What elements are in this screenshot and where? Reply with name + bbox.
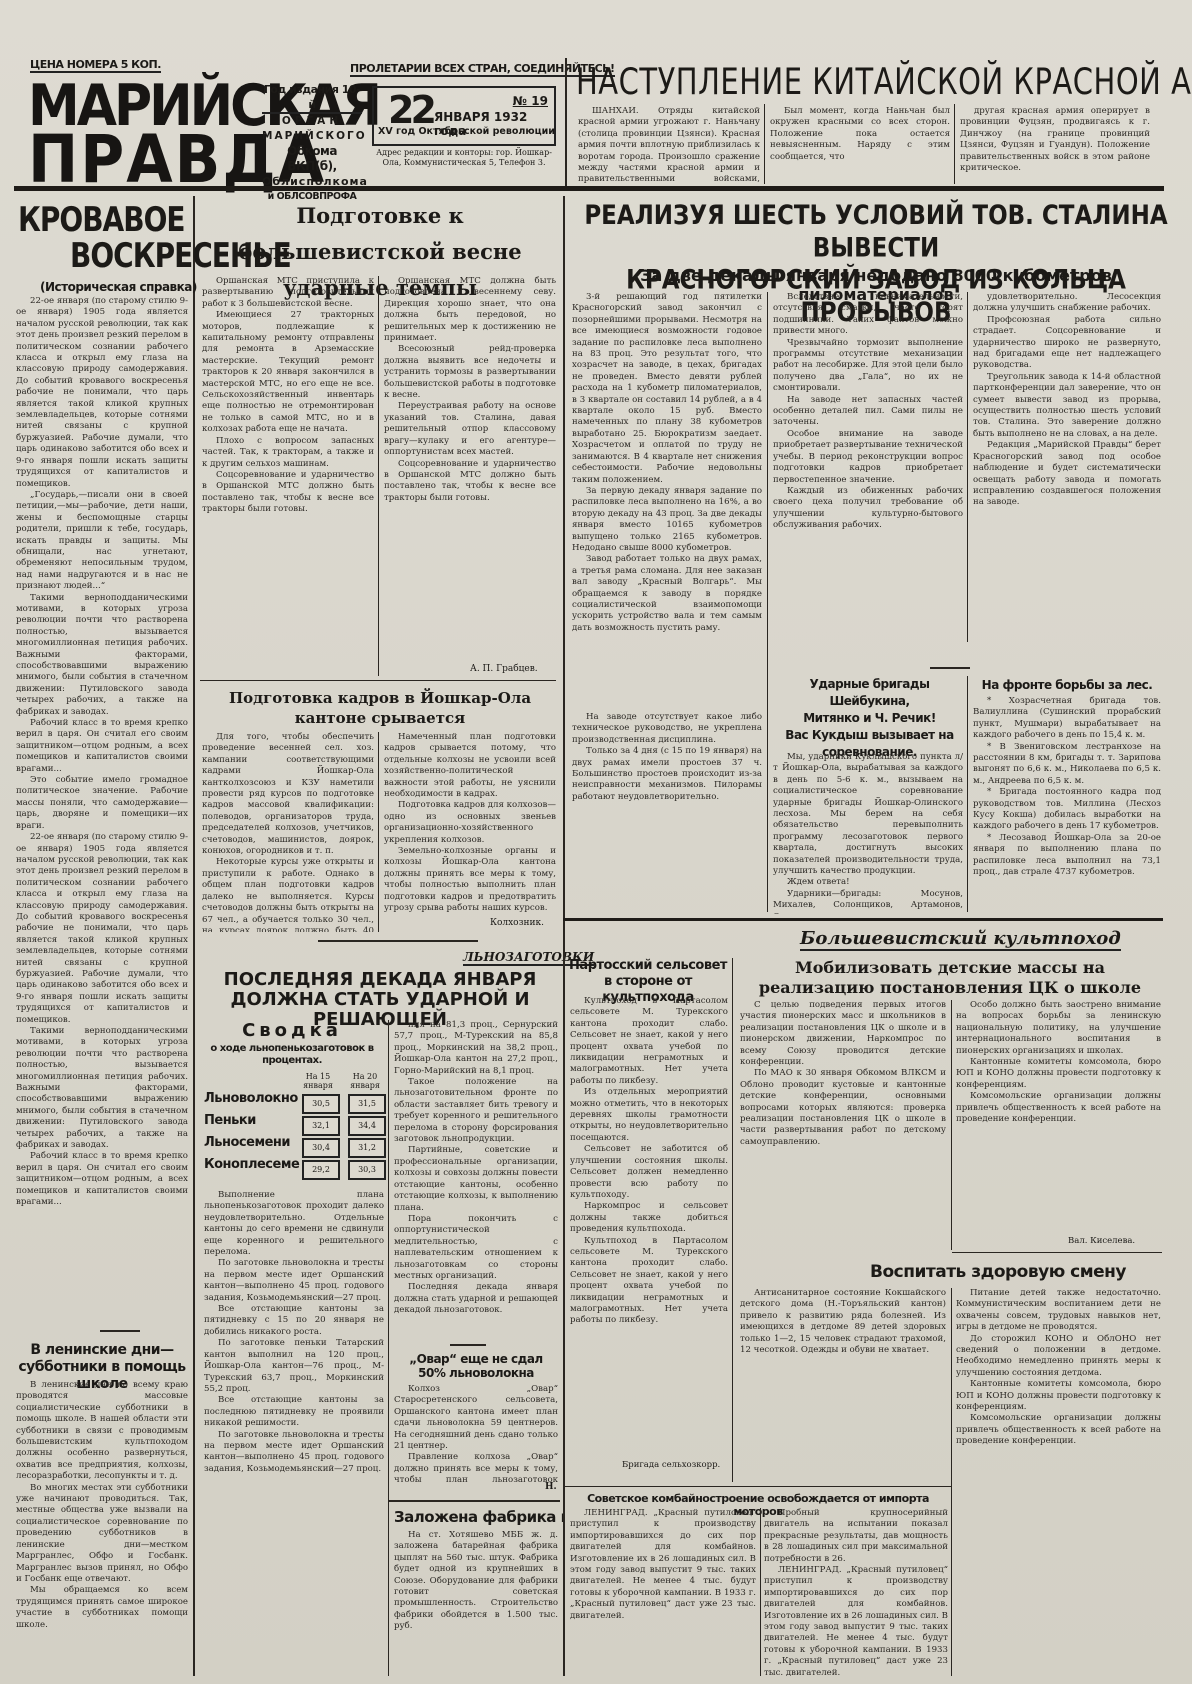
separator (200, 680, 556, 681)
china-column-1: ШАНХАЙ. Отряды китайской красной армии у… (578, 106, 760, 184)
svodka-row-label: Льносемени (204, 1136, 300, 1150)
organ-line: МАРИЙСКОГО (262, 129, 362, 144)
cadres-headline: Подготовка кадров в Йошкар-Ола кантоне с… (200, 688, 560, 728)
brigades-text: Мы, ударники Куклышского пункта л/т Йошк… (773, 752, 963, 914)
svodka-value-v20: 34,4 (348, 1116, 386, 1136)
publication-year: Год издания 10-й (262, 82, 362, 114)
issue-number: № 19 (513, 94, 548, 108)
svodka-row-label: Льноволокно и тресты (204, 1092, 300, 1106)
svodka-value-v15: 30,4 (302, 1138, 340, 1158)
editorial-address: Адрес редакции и конторы: гор. Йошкар-Ол… (376, 148, 552, 168)
organ-line: Обкома ВКП(б), (262, 144, 362, 174)
culture-rubric: Большевистский культпоход (800, 928, 1121, 951)
krasnogorsk-col-1: 3-й решающий год пятилетки Красногорский… (572, 292, 762, 712)
date-box: 22 № 19 ЯНВАРЯ 1932 года XV год Октябрьс… (372, 86, 556, 146)
cadres-signature: Колхозник. (490, 918, 544, 928)
svodka-value-v20: 31,5 (348, 1094, 386, 1114)
divider (378, 276, 379, 676)
svodka-value-v15: 30,5 (302, 1094, 340, 1114)
ovar-signature: Н. (545, 1482, 557, 1492)
bloody-sunday-headline-1: КРОВАВОЕ (18, 200, 185, 240)
svodka-col-header-15: На 15 января (298, 1072, 338, 1090)
mobilize-text-col-2: Особо должно быть заострено внимание на … (956, 1000, 1161, 1230)
leningrad-text-col-2: Пробный крупносерийный двигатель на испы… (764, 1508, 948, 1676)
revolution-year: XV год Октябрьской революции (378, 126, 555, 137)
svodka-value-v15: 32,1 (302, 1116, 340, 1136)
divider (767, 292, 768, 912)
partos-text: Культпоход в Партасолом сельсовете М. Ту… (570, 996, 728, 1456)
brigades-headline-1: Ударные бригады Шейбукина, (772, 676, 967, 710)
brigades-headline: Ударные бригады Шейбукина, Митянко и Ч. … (772, 676, 967, 761)
svodka-value-v20: 31,2 (348, 1138, 386, 1158)
newspaper-logo: МАРИЙСКАЯ ПРАВДА (28, 82, 253, 190)
brigades-headline-2: Митянко и Ч. Речик! (772, 710, 967, 727)
divider (764, 104, 765, 184)
separator (563, 1486, 951, 1487)
bloody-sunday-subhead: (Историческая справка) (40, 280, 197, 294)
separator (930, 667, 970, 669)
divider (760, 1508, 761, 1676)
cadres-text-col-1: Для того, чтобы обеспечить проведение ве… (202, 732, 374, 932)
separator (100, 1330, 140, 1332)
separator (952, 1252, 1162, 1253)
china-column-2: Был момент, когда Наньчан был окружен кр… (770, 106, 950, 184)
svodka-subtitle: о ходе льнопенькозаготовок в процентах. (204, 1043, 380, 1067)
subbotniki-text: В ленинские дни по всему краю проводятся… (16, 1380, 188, 1676)
separator (450, 1344, 486, 1346)
separator (388, 1500, 560, 1502)
krasnogorsk-col-2: Вследствие невнимательности, отсутствия … (773, 292, 963, 642)
krasnogorsk-col-3: удовлетворительно. Лесосекция должна улу… (973, 292, 1161, 648)
divider (951, 1288, 952, 1676)
cadres-text-col-2: Намеченный план подготовки кадров срывае… (384, 732, 556, 912)
krasnogorsk-headline-line-1: РЕАЛИЗУЯ ШЕСТЬ УСЛОВИЙ ТОВ. СТАЛИНА ВЫВЕ… (570, 200, 1182, 264)
china-column-3: другая красная армия оперирует в провинц… (960, 106, 1150, 184)
krasnogorsk-col-1-cont: На заводе отсутствует какое либо техниче… (572, 712, 762, 912)
column-divider (193, 196, 195, 1676)
spring-signature: А. П. Грабцев. (470, 664, 538, 674)
leningrad-text-col-1: ЛЕНИНГРАД. „Красный путиловец“ приступил… (570, 1508, 756, 1676)
chick-factory-headline: Заложена фабрика цыплят (394, 1508, 564, 1526)
divider (565, 58, 567, 186)
divider (732, 958, 733, 1482)
flax-text-col-2: ния на 81,3 проц., Сернурский 57,7 проц.… (394, 1020, 558, 1336)
ovar-headline: „Овар“ еще не сдал 50% льноволокна (394, 1352, 558, 1380)
divider (378, 732, 379, 932)
svodka-row-label: Пеньки (204, 1114, 300, 1128)
ovar-text: Колхоз „Овар“ Старосретенского сельсовет… (394, 1384, 558, 1482)
divider (951, 1000, 952, 1250)
mobilize-signature: Вал. Киселева. (1068, 1236, 1135, 1246)
price-label: ЦЕНА НОМЕРА 5 КОП. (30, 58, 161, 73)
organ-line: ОРГАН (262, 114, 362, 129)
masthead-rule (14, 186, 1164, 191)
divider (967, 676, 968, 912)
divider (967, 292, 968, 642)
divider (954, 104, 955, 184)
healthy-text-col-1: Антисанитарное состояние Кокшайского дет… (740, 1288, 946, 1482)
front-items: * Хозрасчетная бригада тов. Валиуллина (… (973, 696, 1161, 914)
separator (318, 940, 478, 942)
svodka-value-v20: 30,3 (348, 1160, 386, 1180)
svodka-table: Сводка о ходе льнопенькозаготовок в проц… (204, 1020, 380, 1067)
column-divider (563, 196, 565, 1676)
section-rule (563, 918, 1163, 921)
spring-text-col-2: Оршанская МТС должна быть подготовлена к… (384, 276, 556, 662)
svodka-row-label: Коноплесемени (204, 1158, 300, 1172)
svodka-title: Сводка (204, 1020, 380, 1041)
logo-line-2: ПРАВДА (28, 130, 253, 189)
front-headline: На фронте борьбы за лес. (973, 678, 1161, 692)
slogan: ПРОЛЕТАРИИ ВСЕХ СТРАН, СОЕДИНЯЙТЕСЬ! (350, 62, 615, 77)
mobilize-headline: Мобилизовать детские массы на реализацию… (738, 958, 1162, 998)
newspaper-page: ЦЕНА НОМЕРА 5 КОП. ПРОЛЕТАРИИ ВСЕХ СТРАН… (0, 0, 1192, 1684)
spring-text-col-1: Оршанская МТС приступила к развертыванию… (202, 276, 374, 676)
divider (388, 1020, 389, 1676)
bloody-sunday-text: 22-ое января (по старому стилю 9-ое янва… (16, 296, 188, 1306)
healthy-headline: Воспитать здоровую смену (870, 1262, 1126, 1282)
svodka-col-header-20: На 20 января (345, 1072, 385, 1090)
flax-text-col-1: Выполнение плана льнопенькозаготовок про… (204, 1190, 384, 1670)
china-headline: НАСТУПЛЕНИЕ КИТАЙСКОЙ КРАСНОЙ АРМИИ (576, 60, 1192, 103)
partos-signature: Бригада сельхозкорр. (622, 1460, 720, 1470)
svodka-value-v15: 29,2 (302, 1160, 340, 1180)
healthy-text-col-2: Питание детей также недостаточно. Коммун… (956, 1288, 1161, 1676)
mobilize-text-col-1: С целью подведения первых итогов участия… (740, 1000, 946, 1250)
chick-factory-text: На ст. Хотяшево МББ ж. д. заложена батар… (394, 1530, 558, 1676)
